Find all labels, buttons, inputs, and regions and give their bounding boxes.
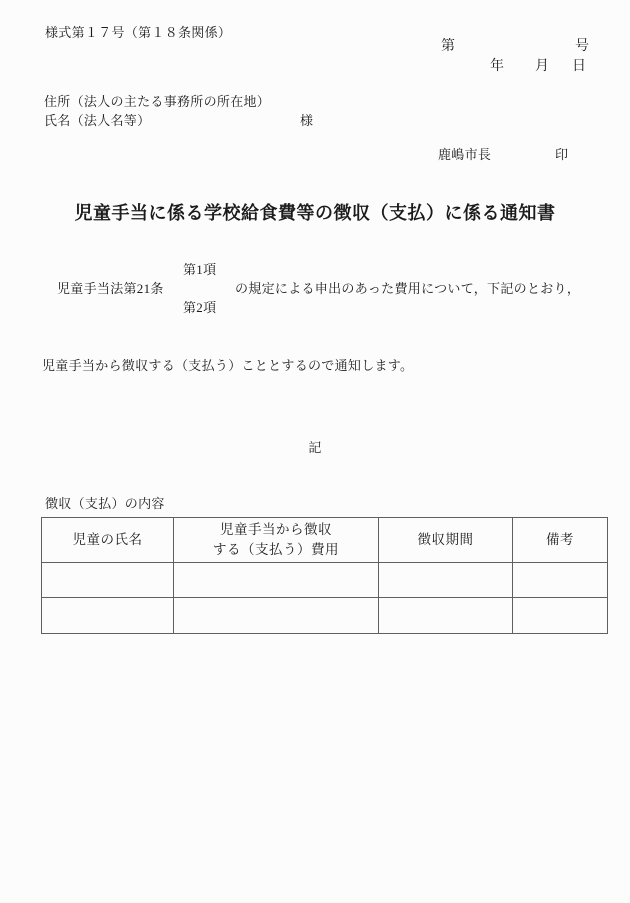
table-row <box>42 598 608 634</box>
table-header-child-name-label: 児童の氏名 <box>73 532 143 547</box>
law-reference: 児童手当法第21条 <box>57 281 164 298</box>
table-cell-remarks <box>513 598 608 634</box>
issue-number-prefix: 第 <box>441 38 456 56</box>
table-cell-remarks <box>513 563 608 598</box>
date-day-label: 日 <box>572 58 587 76</box>
table-header-remarks-label: 備考 <box>546 532 574 547</box>
document-page: 様式第１７号（第１８条関係） 第 号 年 月 日 住所（法人の主たる事務所の所在… <box>0 0 630 903</box>
table-cell-child-name <box>42 563 174 598</box>
date-year-label: 年 <box>490 58 505 76</box>
issuer-seal-mark: 印 <box>555 147 568 164</box>
recipient-address-label: 住所（法人の主たる事務所の所在地） <box>44 94 270 111</box>
table-header-child-name: 児童の氏名 <box>42 518 174 563</box>
table-header-deducted-cost-line1: 児童手当から徴収 <box>174 520 378 540</box>
law-paragraph-2: 第2項 <box>183 300 216 317</box>
content-table: 児童の氏名 児童手当から徴収 する（支払う）費用 徴収期間 備考 <box>41 517 608 634</box>
issue-number-suffix: 号 <box>575 38 590 56</box>
recipient-name-label: 氏名（法人名等） <box>44 113 150 130</box>
table-header-deducted-cost-line2: する（支払う）費用 <box>174 540 378 560</box>
table-cell-child-name <box>42 598 174 634</box>
law-paragraph-1: 第1項 <box>183 262 216 279</box>
issuer-name: 鹿嶋市長 <box>438 147 491 164</box>
notification-sentence: 児童手当から徴収する（支払う）こととするので通知します。 <box>42 358 413 375</box>
law-continuation: の規定による申出のあった費用について，下記のとおり， <box>235 281 580 298</box>
table-header-remarks: 備考 <box>513 518 608 563</box>
table-header-row: 児童の氏名 児童手当から徴収 する（支払う）費用 徴収期間 備考 <box>42 518 608 563</box>
record-marker: 記 <box>0 440 630 457</box>
table-cell-deducted-cost <box>174 598 379 634</box>
recipient-honorific: 様 <box>300 113 313 130</box>
table-caption: 徴収（支払）の内容 <box>45 496 165 513</box>
form-number: 様式第１７号（第１８条関係） <box>45 25 231 42</box>
document-title: 児童手当に係る学校給食費等の徴収（支払）に係る通知書 <box>0 199 630 225</box>
table-row <box>42 563 608 598</box>
table-header-collection-period-label: 徴収期間 <box>418 532 474 547</box>
table-header-collection-period: 徴収期間 <box>379 518 513 563</box>
table-cell-deducted-cost <box>174 563 379 598</box>
table-cell-collection-period <box>379 598 513 634</box>
table-header-deducted-cost: 児童手当から徴収 する（支払う）費用 <box>174 518 379 563</box>
date-month-label: 月 <box>535 58 550 76</box>
table-cell-collection-period <box>379 563 513 598</box>
